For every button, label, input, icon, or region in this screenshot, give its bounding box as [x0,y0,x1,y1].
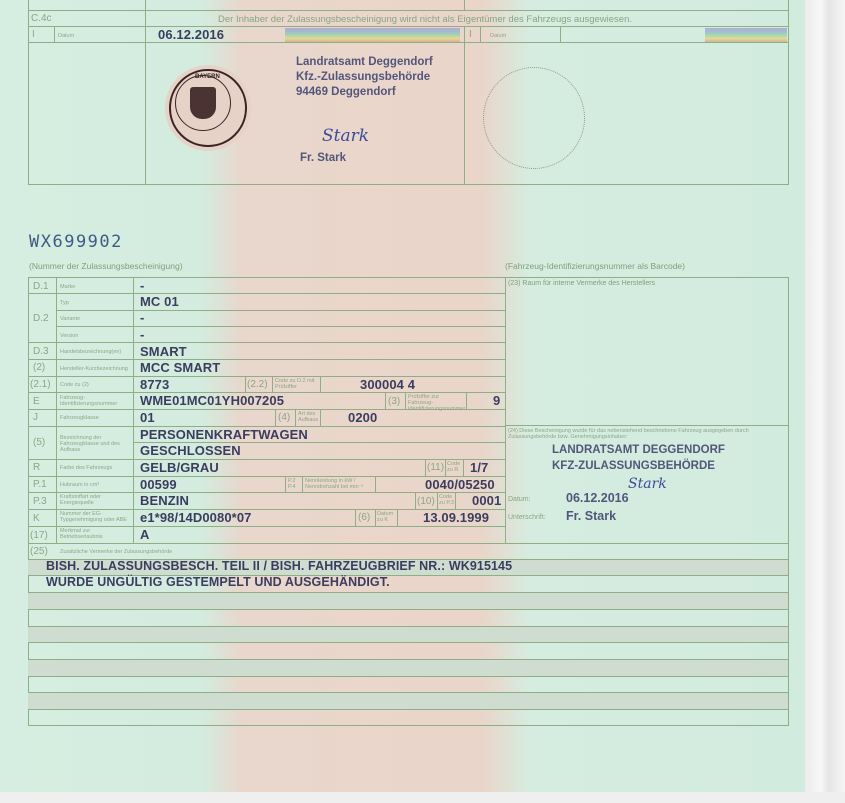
field-value-hubraum: 00599 [140,477,177,492]
page-bottom-edge [0,792,845,803]
field-code: (2.2) [247,379,268,390]
signature-right: Stark [628,476,667,492]
field-code: (4) [278,412,290,423]
field-code: P.2 P.4 [288,478,302,490]
field-value-variante: - [140,310,144,325]
field-value-aufbau: PERSONENKRAFTWAGEN [140,427,308,442]
authority-line: LANDRATSAMT DEGGENDORF [552,442,725,458]
remark-line: BISH. ZULASSUNGSBESCH. TEIL II / BISH. F… [46,559,512,573]
field-label: Merkmal zur Betriebserlaubnis [60,528,132,540]
datum-label-right-panel: Datum: [508,497,531,503]
field-label: Kraftstoffart oder Energiequelle [60,494,132,506]
field-code: (2.1) [30,379,51,390]
field-code: (6) [358,512,370,523]
authority-stamp-right: LANDRATSAMT DEGGENDORF KFZ-ZULASSUNGSBEH… [552,442,725,474]
field-code: D.2 [33,313,49,324]
field-label: Nennleistung in kW / Nenndrehzahl bei mi… [305,478,375,490]
field-value-merkmal: A [140,527,150,542]
field-code: (3) [388,396,400,407]
field-label: Variante [60,316,80,322]
field-label: Code zu R [447,461,463,473]
signature: Stark [322,126,369,146]
field-code-i: I [32,29,35,40]
field-code: R [33,462,40,473]
field-value-version: - [140,327,144,342]
datum-label: Datum [58,33,74,39]
field-code: (2) [33,362,45,373]
issued-by-label: (24) Diese Bescheinigung wurde für das n… [508,428,758,440]
field-value-leistung: 0040/05250 [425,477,495,492]
official-seal-icon: BAYERN [165,65,251,151]
security-hologram [285,28,460,42]
field-code: (5) [33,437,45,448]
field-value-fin: WME01MC01YH007205 [140,393,284,408]
field-label: Farbe des Fahrzeugs [60,465,112,471]
field-label: Code zu D.2 mit Prüfziffer [275,378,319,390]
field-code: (11) [427,462,444,473]
field-label: Handelsbezeichnung(en) [60,349,121,355]
coat-of-arms-icon [190,87,216,119]
field-value-code-kraftstoff: 0001 [472,493,501,508]
signature-label: Unterschrift: [508,515,546,521]
remarks-label: Zusätzliche Vermerke der Zulassungsbehör… [60,549,172,555]
field-value-code-2-1: 8773 [140,377,169,392]
remark-line: WURDE UNGÜLTIG GESTEMPELT UND AUSGEHÄNDI… [46,575,390,589]
field-value-fahrzeugklasse: 01 [140,410,155,425]
field-code: P.1 [33,479,47,490]
field-label: Typ [60,300,69,306]
field-label: Hersteller-Kurzbezeichnung [60,366,128,372]
issue-date: 06.12.2016 [158,27,224,42]
field-label: Hubraum in cm³ [60,482,99,488]
field-value-typ: MC 01 [140,294,179,309]
authority-line: KFZ-ZULASSUNGSBEHÖRDE [552,458,725,474]
field-code: J [33,412,38,423]
field-value-kraftstoff: BENZIN [140,493,189,508]
field-value-typgenehmigung: e1*98/14D0080*07 [140,510,251,525]
field-code: (25) [30,546,48,557]
field-label: Fahrzeug-Identifizierungsnummer [60,395,132,407]
field-label: Prüfziffer zur Fahrzeug-Identifizierungs… [408,394,464,412]
field-code: (10) [417,496,435,507]
field-value-aufbau-2: GESCHLOSSEN [140,443,241,458]
issue-date-right: 06.12.2016 [566,491,629,506]
field-code: P.3 [33,496,47,507]
field-value-art-aufbau: 0200 [348,410,377,425]
field-code: K [33,513,40,524]
document-number: WX699902 [29,232,123,252]
datum-label-right: Datum [490,33,506,39]
authority-line: Landratsamt Deggendorf [296,55,433,70]
field-value-code-2-2: 300004 4 [360,377,415,392]
field-label: Datum zu K [377,511,397,523]
document-number-caption: (Nummer der Zulassungsbescheinigung) [29,261,183,271]
field-label: Art des Aufbaus [298,411,320,423]
field-value-marke: - [140,278,144,293]
field-code: E [33,396,40,407]
stamp-placeholder-circle [483,67,585,169]
field-code: D.1 [33,281,49,292]
field-value-datum-typgenehmigung: 13.09.1999 [423,510,489,525]
field-value-hersteller: MCC SMART [140,360,220,375]
security-hologram-right [705,28,787,42]
authority-line: Kfz.-Zulassungsbehörde [296,70,433,85]
field-value-pruefziffer: 9 [493,393,500,408]
field-code: D.3 [33,346,49,357]
field-label: Marke [60,284,75,290]
field-label: Bezeichnung der Fahrzeugklasse und des A… [60,435,132,453]
signer-name: Fr. Stark [300,151,346,166]
field-label: Version [60,333,78,339]
barcode-caption: (Fahrzeug-Identifizierungsnummer als Bar… [505,261,685,271]
page-edge [805,0,845,803]
field-value-farbe: GELB/GRAU [140,460,219,475]
authority-line: 94469 Deggendorf [296,85,433,100]
manufacturer-notes-label: (23) Raum für interne Vermerke des Herst… [508,280,655,287]
field-label: Code zu (2) [60,382,89,388]
field-label: Code zu P.3 [439,494,455,506]
field-code: (17) [30,530,48,541]
authority-stamp: Landratsamt Deggendorf Kfz.-Zulassungsbe… [296,55,433,100]
field-value-handelsbezeichnung: SMART [140,344,187,359]
field-code-c4c: C.4c [31,13,52,24]
field-label: Fahrzeugklasse [60,415,99,421]
field-code-i-right: I [469,29,472,40]
field-label: Nummer der EG-Typgenehmigung oder ABE [60,511,132,523]
signer-name-right: Fr. Stark [566,509,616,524]
owner-notice: Der Inhaber der Zulassungsbescheinigung … [218,14,632,25]
field-value-code-farbe: 1/7 [470,460,488,475]
